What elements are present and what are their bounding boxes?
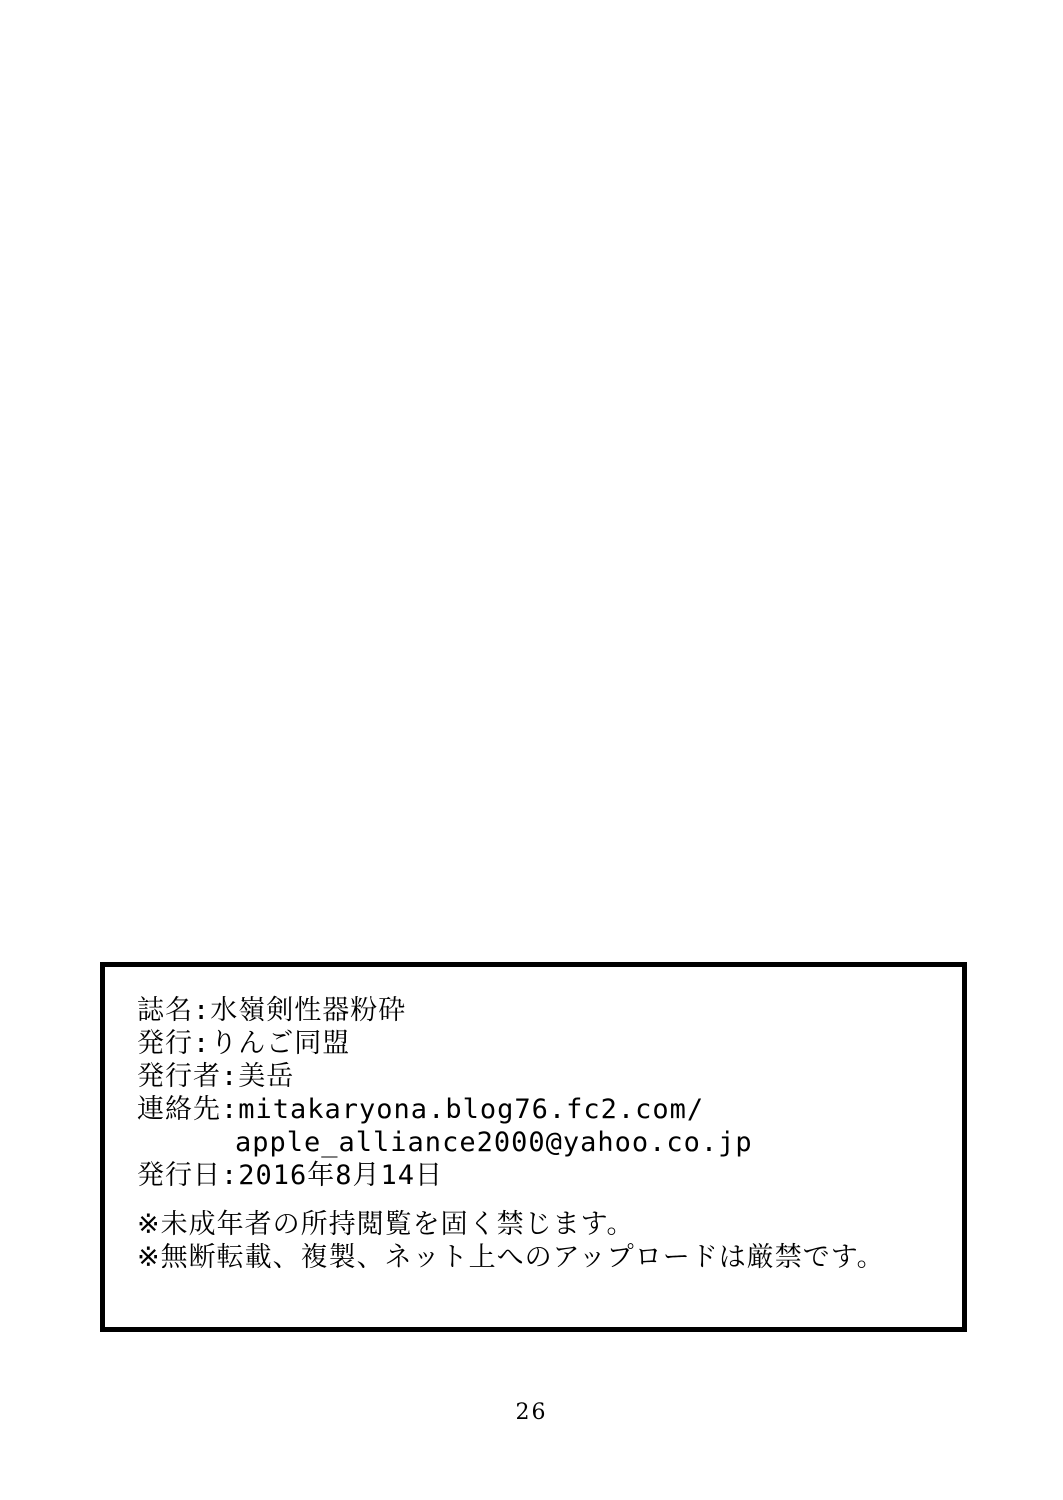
page-number: 26 (0, 1400, 1063, 1426)
colophon-title-line: 誌名:水嶺剣性器粉砕 (137, 994, 952, 1027)
colophon-notice-minors-line: ※未成年者の所持閲覧を固く禁じます。 (137, 1208, 952, 1241)
document-page: 誌名:水嶺剣性器粉砕 発行:りんご同盟 発行者:美岳 連絡先:mitakaryo… (0, 0, 1063, 1500)
blank-line-spacer (137, 1192, 952, 1208)
colophon-publication-line: 発行:りんご同盟 (137, 1027, 952, 1060)
colophon-publisher-line: 発行者:美岳 (137, 1060, 952, 1093)
colophon-notice-reproduction-line: ※無断転載、複製、ネット上へのアップロードは厳禁です。 (137, 1241, 952, 1274)
colophon-contact-email-line: apple_alliance2000@yahoo.co.jp (137, 1126, 952, 1159)
colophon-date-line: 発行日:2016年8月14日 (137, 1159, 952, 1192)
colophon-box: 誌名:水嶺剣性器粉砕 発行:りんご同盟 発行者:美岳 連絡先:mitakaryo… (100, 962, 967, 1332)
colophon-contact-url-line: 連絡先:mitakaryona.blog76.fc2.com/ (137, 1093, 952, 1126)
